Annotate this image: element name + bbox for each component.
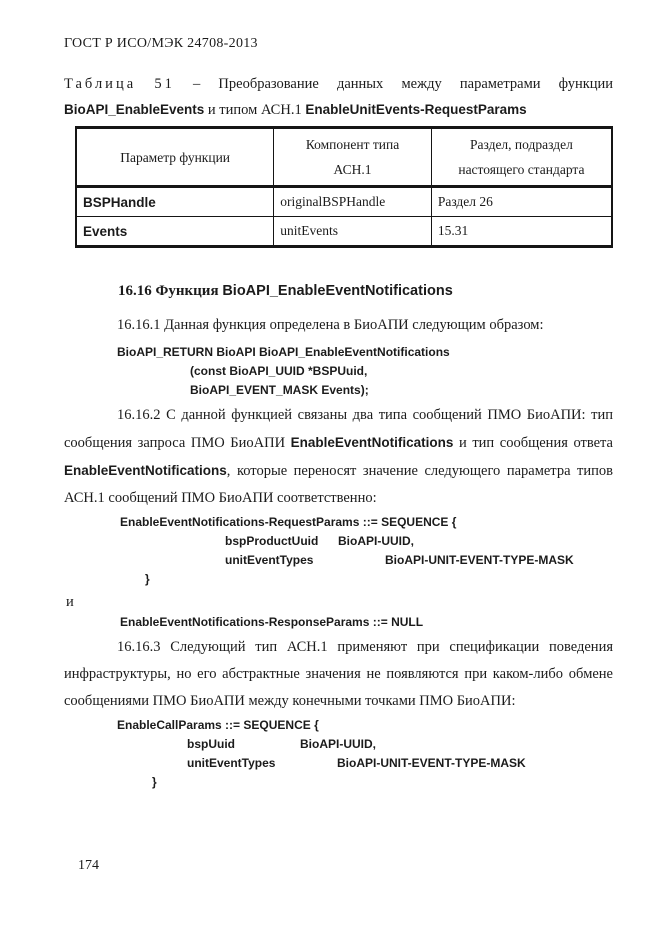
- code-line: unitEventTypesBioAPI-UNIT-EVENT-TYPE-MAS…: [187, 754, 613, 773]
- table-caption-api-2: EnableUnitEvents-RequestParams: [305, 102, 526, 117]
- param-cell: Events: [76, 217, 274, 247]
- function-definition-code-block: BioAPI_RETURN BioAPI BioAPI_EnableEventN…: [64, 343, 613, 400]
- code-line: EnableEventNotifications-RequestParams :…: [120, 513, 613, 532]
- page-content: ГОСТ Р ИСО/МЭК 24708-2013 Таблица 51 – П…: [64, 0, 613, 792]
- header-cell-section: Раздел, подраздел настоящего стандарта: [431, 128, 612, 187]
- code-line: BioAPI_RETURN BioAPI BioAPI_EnableEventN…: [117, 343, 613, 362]
- param-cell: BSPHandle: [76, 187, 274, 217]
- component-cell: unitEvents: [274, 217, 432, 247]
- conversion-table: Параметр функции Компонент типа АСН.1 Ра…: [75, 126, 613, 248]
- section-heading-number: 16.16 Функция: [118, 283, 222, 299]
- header-cell-component: Компонент типа АСН.1: [274, 128, 432, 187]
- document-page: { "colors": { "background": "#ffffff", "…: [0, 0, 662, 935]
- asn1-response-params-block: EnableEventNotifications-ResponseParams …: [64, 613, 613, 632]
- inline-api-name: EnableEventNotifications: [291, 435, 454, 450]
- table-caption-label: Таблица: [64, 76, 136, 92]
- table-caption: Таблица 51 – Преобразование данных между…: [64, 72, 613, 123]
- table-caption-dash: –: [193, 76, 200, 92]
- section-heading-api-name: BioAPI_EnableEventNotifications: [222, 283, 452, 299]
- code-line: (const BioAPI_UUID *BSPUuid,: [190, 362, 613, 381]
- table-header-row: Параметр функции Компонент типа АСН.1 Ра…: [76, 128, 612, 187]
- page-number: 174: [78, 858, 99, 874]
- code-line: bspUuidBioAPI-UUID,: [187, 735, 613, 754]
- asn1-request-params-block: EnableEventNotifications-RequestParams :…: [64, 513, 613, 589]
- section-heading: 16.16 Функция BioAPI_EnableEventNotifica…: [118, 282, 613, 300]
- section-cell: Раздел 26: [431, 187, 612, 217]
- table-row: Events unitEvents 15.31: [76, 217, 612, 247]
- table-caption-mid: и типом АСН.1: [208, 102, 302, 118]
- enable-call-params-block: EnableCallParams ::= SEQUENCE { bspUuidB…: [64, 716, 613, 792]
- table-caption-number: 51: [154, 76, 175, 92]
- conjunction-text: и: [66, 592, 613, 612]
- running-header: ГОСТ Р ИСО/МЭК 24708-2013: [64, 36, 613, 52]
- inline-api-name: EnableEventNotifications: [64, 463, 227, 478]
- table-row: BSPHandle originalBSPHandle Раздел 26: [76, 187, 612, 217]
- paragraph-16-16-1: 16.16.1 Данная функция определена в БиоА…: [64, 312, 613, 339]
- section-cell: 15.31: [431, 217, 612, 247]
- header-cell-parameter: Параметр функции: [76, 128, 274, 187]
- code-line: unitEventTypesBioAPI-UNIT-EVENT-TYPE-MAS…: [225, 551, 613, 570]
- code-line: bspProductUuidBioAPI-UUID,: [225, 532, 613, 551]
- code-line: }: [145, 570, 613, 589]
- code-line: EnableCallParams ::= SEQUENCE {: [117, 716, 613, 735]
- code-line: BioAPI_EVENT_MASK Events);: [190, 381, 613, 400]
- paragraph-16-16-2: 16.16.2 С данной функцией связаны два ти…: [64, 402, 613, 512]
- code-line: EnableEventNotifications-ResponseParams …: [120, 613, 613, 632]
- table-caption-api-1: BioAPI_EnableEvents: [64, 102, 204, 117]
- table-caption-text: Преобразование данных между параметрами …: [218, 76, 613, 92]
- paragraph-16-16-3: 16.16.3 Следующий тип АСН.1 применяют пр…: [64, 634, 613, 715]
- component-cell: originalBSPHandle: [274, 187, 432, 217]
- code-line: }: [152, 773, 613, 792]
